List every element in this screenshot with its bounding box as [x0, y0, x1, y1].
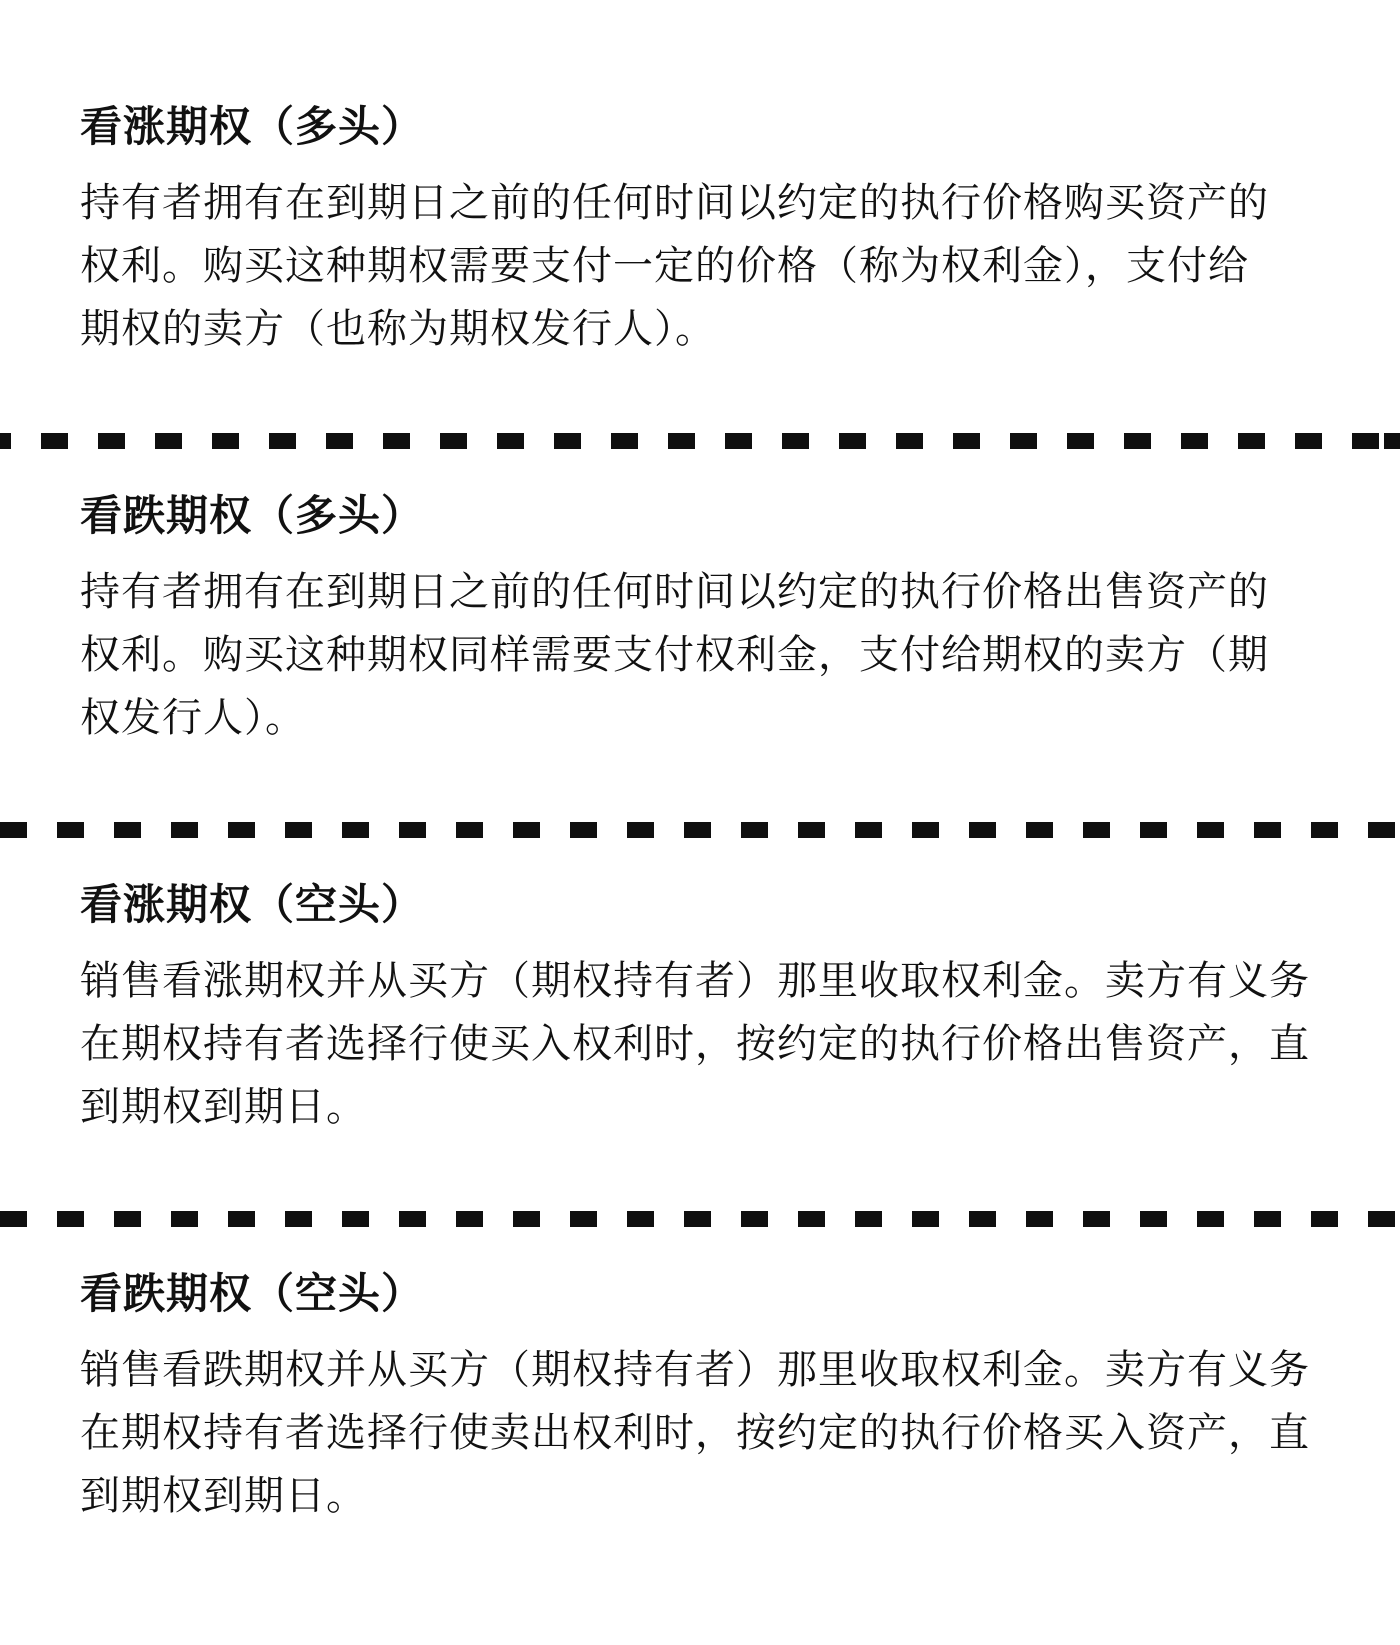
- section-call-short: 看涨期权（空头） 销售看涨期权并从买方（期权持有者）那里收取权利金。卖方有义务 …: [0, 880, 1400, 1139]
- section-body-call-long: 持有者拥有在到期日之前的任何时间以约定的执行价格购买资产的 权利。购买这种期权需…: [80, 172, 1320, 361]
- section-title-put-long: 看跌期权（多头）: [80, 491, 1320, 541]
- document-content: 看涨期权（多头） 持有者拥有在到期日之前的任何时间以约定的执行价格购买资产的 权…: [0, 0, 1400, 1528]
- dashed-divider: [0, 822, 1400, 838]
- section-title-call-short: 看涨期权（空头）: [80, 880, 1320, 930]
- section-body-put-long: 持有者拥有在到期日之前的任何时间以约定的执行价格出售资产的 权利。购买这种期权同…: [80, 561, 1320, 750]
- document-page: 看涨期权（多头） 持有者拥有在到期日之前的任何时间以约定的执行价格购买资产的 权…: [0, 0, 1400, 1645]
- section-title-put-short: 看跌期权（空头）: [80, 1269, 1320, 1319]
- section-put-long: 看跌期权（多头） 持有者拥有在到期日之前的任何时间以约定的执行价格出售资产的 权…: [0, 491, 1400, 750]
- section-title-call-long: 看涨期权（多头）: [80, 102, 1320, 152]
- dashed-divider: [0, 1211, 1400, 1227]
- section-body-put-short: 销售看跌期权并从买方（期权持有者）那里收取权利金。卖方有义务 在期权持有者选择行…: [80, 1339, 1320, 1528]
- dashed-divider: [0, 433, 1400, 449]
- section-call-long: 看涨期权（多头） 持有者拥有在到期日之前的任何时间以约定的执行价格购买资产的 权…: [0, 102, 1400, 361]
- section-put-short: 看跌期权（空头） 销售看跌期权并从买方（期权持有者）那里收取权利金。卖方有义务 …: [0, 1269, 1400, 1528]
- section-body-call-short: 销售看涨期权并从买方（期权持有者）那里收取权利金。卖方有义务 在期权持有者选择行…: [80, 950, 1320, 1139]
